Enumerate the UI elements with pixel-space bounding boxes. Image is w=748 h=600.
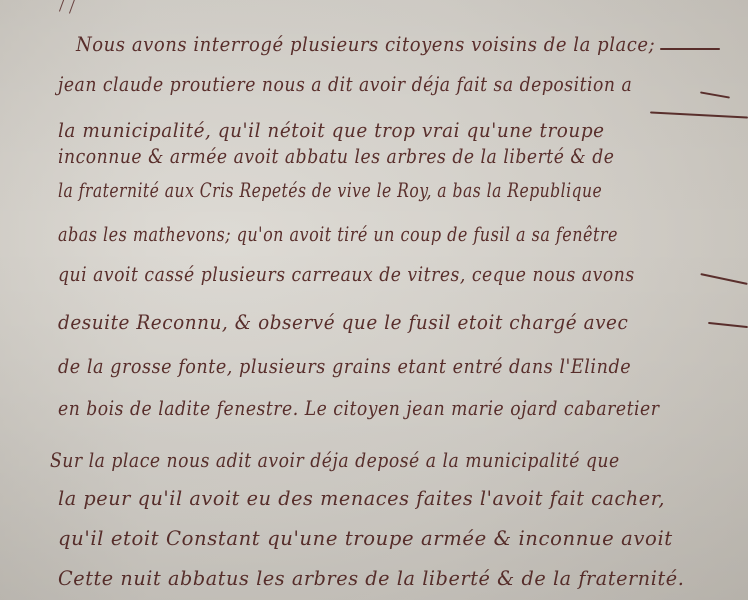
- text-line-5: la fraternité aux Cris Repetés de vive l…: [58, 178, 602, 202]
- text-line-4: inconnue & armée avoit abbatu les arbres…: [58, 144, 614, 168]
- text-line-1: Nous avons interrogé plusieurs citoyens …: [76, 32, 655, 56]
- text-line-9: de la grosse fonte, plusieurs grains eta…: [58, 354, 631, 378]
- line-end-dash: [700, 91, 730, 98]
- text-line-13: qu'il etoit Constant qu'une troupe armée…: [58, 526, 673, 550]
- text-line-3: la municipalité, qu'il nétoit que trop v…: [58, 118, 605, 142]
- text-line-14: Cette nuit abbatus les arbres de la libe…: [58, 566, 684, 590]
- text-line-2: jean claude proutiere nous a dit avoir d…: [58, 72, 632, 96]
- manuscript-page: Nous avons interrogé plusieurs citoyens …: [0, 0, 748, 600]
- text-line-6: abas les mathevons; qu'on avoit tiré un …: [58, 222, 618, 246]
- text-line-10: en bois de ladite fenestre. Le citoyen j…: [58, 396, 659, 420]
- line-end-dash: [700, 273, 747, 285]
- text-line-7: qui avoit cassé plusieurs carreaux de vi…: [58, 262, 635, 286]
- ink-mark-top: [69, 0, 76, 14]
- line-end-dash: [660, 48, 720, 50]
- line-end-dash: [650, 111, 748, 118]
- ink-mark-top: [59, 0, 66, 12]
- line-end-dash: [708, 322, 748, 328]
- text-line-11: Sur la place nous adit avoir déja deposé…: [50, 448, 620, 472]
- text-line-8: desuite Reconnu, & observé que le fusil …: [58, 310, 628, 334]
- text-line-12: la peur qu'il avoit eu des menaces faite…: [58, 486, 665, 510]
